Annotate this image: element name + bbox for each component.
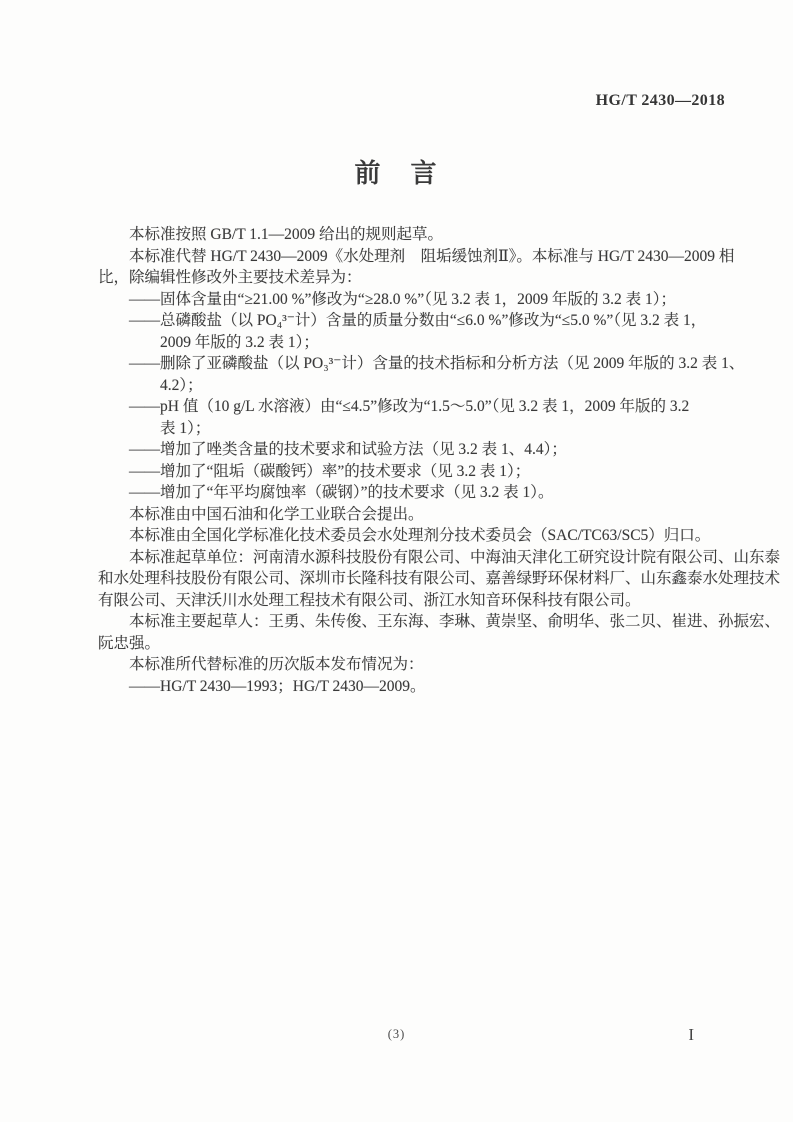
text-line: 本标准代替 HG/T 2430—2009《水处理剂 阻垢缓蚀剂Ⅱ》。本标准与 H… (98, 246, 748, 268)
page-title: 前 言 (0, 153, 793, 190)
foreword-body: 本标准按照 GB/T 1.1—2009 给出的规则起草。本标准代替 HG/T 2… (98, 224, 748, 697)
text-line: 本标准起草单位：河南清水源科技股份有限公司、中海油天津化工研究设计院有限公司、山… (98, 547, 748, 569)
text-line: ——HG/T 2430—1993；HG/T 2430—2009。 (98, 676, 748, 698)
text-line: 4.2）； (98, 375, 748, 397)
text-line: 2009 年版的 3.2 表 1）； (98, 332, 748, 354)
footer-sheet-number: (3) (0, 1027, 793, 1042)
text-line: ——pH 值（10 g/L 水溶液）由“≤4.5”修改为“1.5～5.0”（见 … (98, 396, 748, 418)
text-line: ——增加了“阻垢（碳酸钙）率”的技术要求（见 3.2 表 1）； (98, 461, 748, 483)
scanned-standard-page: HG/T 2430—2018 前 言 本标准按照 GB/T 1.1—2009 给… (0, 0, 793, 1122)
text-line: 本标准主要起草人：王勇、朱传俊、王东海、李琳、黄崇坚、俞明华、张二贝、崔进、孙振… (98, 611, 748, 633)
text-line: 和水处理科技股份有限公司、深圳市长隆科技有限公司、嘉善绿野环保材料厂、山东鑫泰水… (98, 568, 748, 590)
text-line: 本标准由中国石油和化学工业联合会提出。 (98, 504, 748, 526)
text-line: ——固体含量由“≥21.00 %”修改为“≥28.0 %”（见 3.2 表 1，… (98, 289, 748, 311)
text-line: ——删除了亚磷酸盐（以 PO₃³⁻计）含量的技术指标和分析方法（见 2009 年… (98, 353, 748, 375)
text-line: 有限公司、天津沃川水处理工程技术有限公司、浙江水知音环保科技有限公司。 (98, 590, 748, 612)
text-line: 表 1）； (98, 418, 748, 440)
text-line: ——总磷酸盐（以 PO₄³⁻计）含量的质量分数由“≤6.0 %”修改为“≤5.0… (98, 310, 748, 332)
standard-number: HG/T 2430—2018 (596, 92, 725, 110)
text-line: 本标准所代替标准的历次版本发布情况为： (98, 654, 748, 676)
text-line: ——增加了唑类含量的技术要求和试验方法（见 3.2 表 1、4.4）； (98, 439, 748, 461)
footer-page-number: I (688, 1025, 694, 1045)
text-line: 本标准按照 GB/T 1.1—2009 给出的规则起草。 (98, 224, 748, 246)
text-line: 阮忠强。 (98, 633, 748, 655)
text-line: 比，除编辑性修改外主要技术差异为： (98, 267, 748, 289)
text-line: 本标准由全国化学标准化技术委员会水处理剂分技术委员会（SAC/TC63/SC5）… (98, 525, 748, 547)
text-line: ——增加了“年平均腐蚀率（碳钢）”的技术要求（见 3.2 表 1）。 (98, 482, 748, 504)
